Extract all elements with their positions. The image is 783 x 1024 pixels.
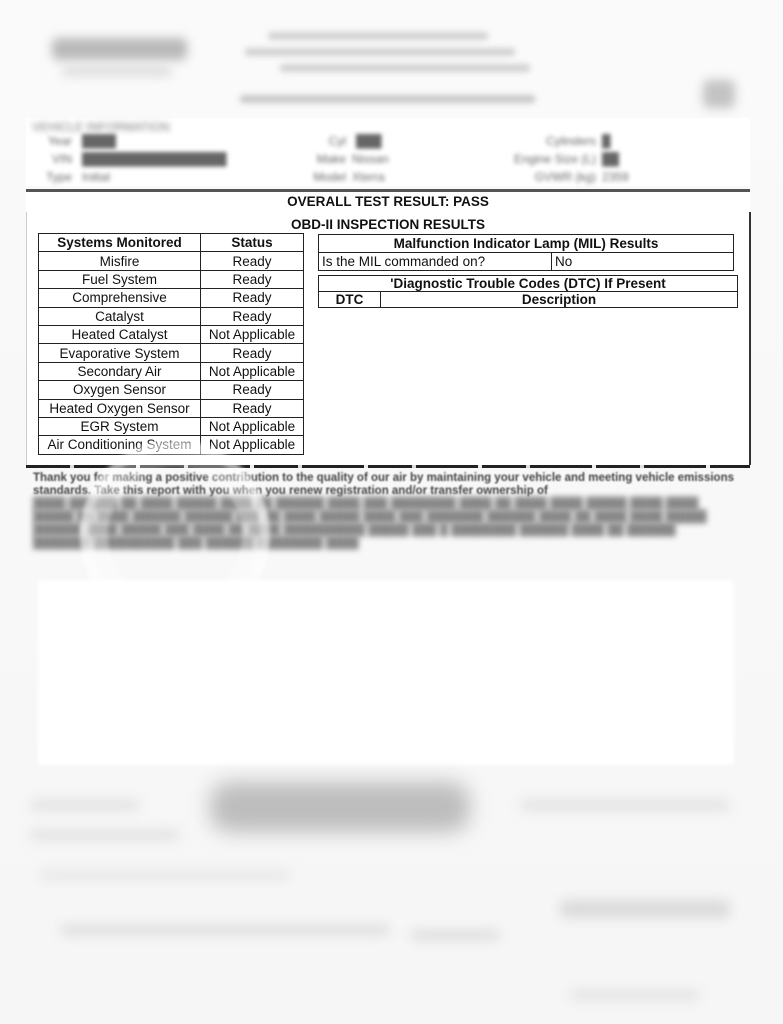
table-row: Secondary AirNot Applicable xyxy=(39,362,304,380)
table-row: Evaporative SystemReady xyxy=(39,344,304,362)
mil-table-title: Malfunction Indicator Lamp (MIL) Results xyxy=(319,235,734,253)
column-header-status: Status xyxy=(201,234,304,252)
inspection-report-page: VEHICLE INFORMATION Year ████ Cyl ███ Cy… xyxy=(0,0,783,1024)
header-subtitle xyxy=(240,95,535,103)
field-label: VIN xyxy=(32,152,72,166)
field-label: Make xyxy=(296,152,346,166)
field-value: ███ xyxy=(356,134,382,148)
obd-results-panel: OBD-II INSPECTION RESULTS Systems Monito… xyxy=(26,212,751,465)
field-value: 2359 xyxy=(602,170,629,184)
footer-stamp xyxy=(210,782,470,832)
column-header-description: Description xyxy=(381,292,738,308)
header-badge xyxy=(703,80,735,108)
system-status: Not Applicable xyxy=(201,325,304,343)
vehicle-info-title: VEHICLE INFORMATION xyxy=(32,120,170,134)
system-status: Ready xyxy=(201,344,304,362)
footer-text xyxy=(410,930,500,940)
footer-text xyxy=(520,800,730,810)
system-name: Oxygen Sensor xyxy=(39,381,201,399)
system-name: Heated Catalyst xyxy=(39,325,201,343)
field-label: Engine Size (L) xyxy=(476,152,596,166)
field-label: Cylinders xyxy=(506,134,596,148)
header-title-line xyxy=(245,48,515,56)
field-value: Nissan xyxy=(352,152,389,166)
mil-answer: No xyxy=(552,253,734,271)
table-row: ComprehensiveReady xyxy=(39,289,304,307)
system-name: Comprehensive xyxy=(39,289,201,307)
field-label: Cyl xyxy=(296,134,346,148)
overall-result-label: OVERALL TEST RESULT: xyxy=(287,194,449,209)
dtc-table-title: 'Diagnostic Trouble Codes (DTC) If Prese… xyxy=(319,276,738,292)
header-title-line xyxy=(280,64,530,72)
overall-result-value: PASS xyxy=(453,194,489,209)
footer-text xyxy=(60,925,390,935)
vehicle-info-section: VEHICLE INFORMATION Year ████ Cyl ███ Cy… xyxy=(26,118,750,186)
table-row: Heated CatalystNot Applicable xyxy=(39,325,304,343)
table-row: CatalystReady xyxy=(39,307,304,325)
obd-section-title: OBD-II INSPECTION RESULTS xyxy=(27,217,749,232)
footer-text xyxy=(40,870,290,880)
field-label: GVWR (kg) xyxy=(476,170,596,184)
mil-question: Is the MIL commanded on? xyxy=(319,253,552,271)
footer-text xyxy=(30,830,180,840)
field-value: ████ xyxy=(82,134,116,148)
system-status: Ready xyxy=(201,289,304,307)
header-title-line xyxy=(268,32,488,40)
system-name: EGR System xyxy=(39,417,201,435)
footer-text xyxy=(570,990,700,1000)
system-name: Misfire xyxy=(39,252,201,270)
system-status: Ready xyxy=(201,252,304,270)
field-value: █████████████████ xyxy=(82,152,227,166)
table-row: Fuel SystemReady xyxy=(39,270,304,288)
system-status: Ready xyxy=(201,399,304,417)
table-row: Heated Oxygen SensorReady xyxy=(39,399,304,417)
table-row: EGR SystemNot Applicable xyxy=(39,417,304,435)
field-label: Type xyxy=(32,170,72,184)
system-name: Evaporative System xyxy=(39,344,201,362)
system-name: Secondary Air xyxy=(39,362,201,380)
system-name: Heated Oxygen Sensor xyxy=(39,399,201,417)
footer-text xyxy=(30,800,140,810)
system-status: Ready xyxy=(201,381,304,399)
system-status: Not Applicable xyxy=(201,417,304,435)
system-name: Catalyst xyxy=(39,307,201,325)
field-value: Xterra xyxy=(352,170,385,184)
footer-text xyxy=(560,900,730,918)
field-value: █ xyxy=(602,134,611,148)
agency-logo xyxy=(52,38,187,60)
table-row: Oxygen SensorReady xyxy=(39,381,304,399)
systems-monitored-table: Systems Monitored Status MisfireReadyFue… xyxy=(38,233,304,455)
mil-results-table: Malfunction Indicator Lamp (MIL) Results… xyxy=(318,234,734,271)
field-label: Year xyxy=(32,134,72,148)
system-status: Not Applicable xyxy=(201,362,304,380)
blank-area xyxy=(38,580,734,765)
column-header-dtc: DTC xyxy=(319,292,381,308)
column-header-systems: Systems Monitored xyxy=(39,234,201,252)
dtc-table: 'Diagnostic Trouble Codes (DTC) If Prese… xyxy=(318,275,738,308)
agency-logo-subtext xyxy=(62,66,172,76)
system-status: Ready xyxy=(201,307,304,325)
field-label: Model xyxy=(296,170,346,184)
table-row: MisfireReady xyxy=(39,252,304,270)
system-name: Fuel System xyxy=(39,270,201,288)
field-value: Initial xyxy=(82,170,110,184)
system-status: Ready xyxy=(201,270,304,288)
field-value: ██ xyxy=(602,152,619,166)
